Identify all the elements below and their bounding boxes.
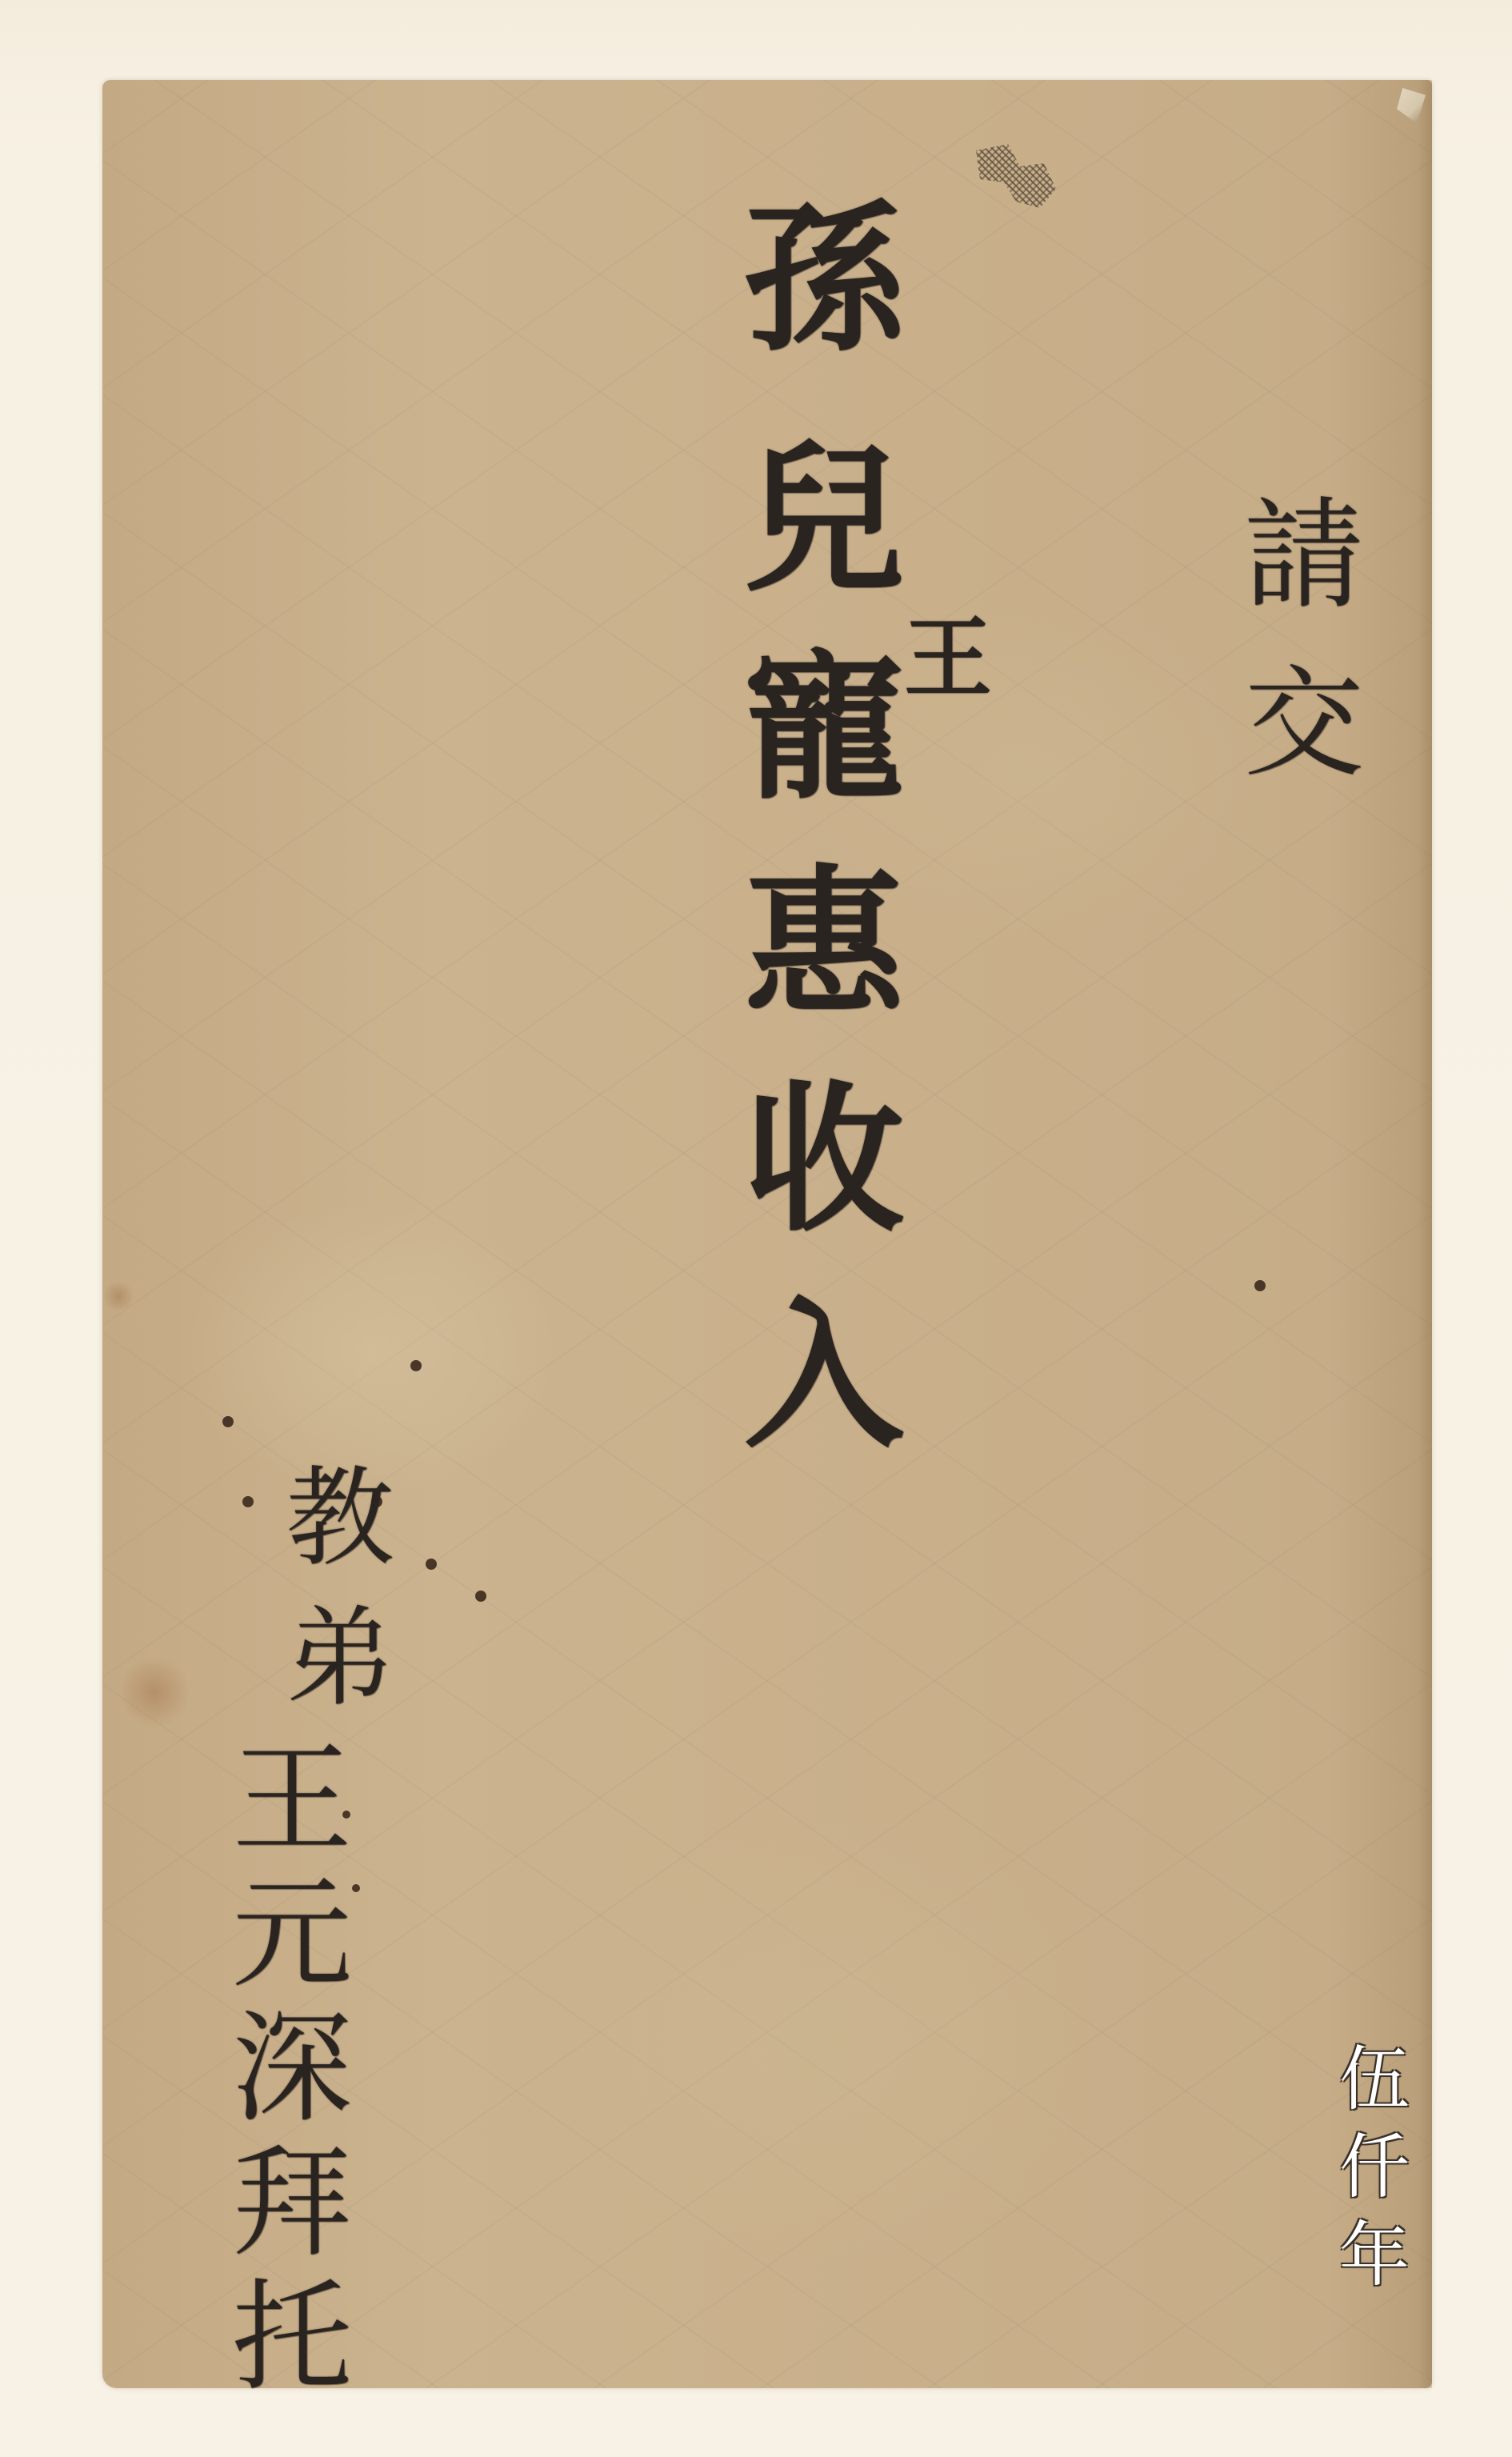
ink-dot xyxy=(242,1496,254,1507)
request-char: 交 xyxy=(1232,664,1376,832)
ink-dot xyxy=(410,1360,422,1371)
sender-title-column: 教 弟 xyxy=(276,1464,404,1744)
sender-name-column: 王 元 深 拜 托 xyxy=(212,1740,372,2412)
watermark-char: 伍 xyxy=(1334,2044,1414,2132)
ink-dot xyxy=(1254,1280,1266,1291)
stain-spot xyxy=(102,1280,134,1312)
watermark: 伍 仟 年 xyxy=(1334,2044,1414,2308)
ink-dot xyxy=(222,1416,234,1427)
recipient-surname-insert: 王 xyxy=(904,588,992,714)
recipient-char: 寵 xyxy=(720,648,928,864)
watermark-char: 仟 xyxy=(1334,2132,1414,2220)
sender-name-char: 托 xyxy=(212,2278,372,2412)
sender-title-char: 教 xyxy=(276,1464,404,1604)
envelope-edge-shadow xyxy=(1418,80,1432,2388)
ink-dot xyxy=(426,1559,437,1570)
request-char: 請 xyxy=(1232,496,1376,664)
request-column: 請 交 xyxy=(1232,496,1376,832)
ink-dot xyxy=(475,1591,486,1602)
recipient-char: 惠 xyxy=(720,864,928,1080)
recipient-char: 孫 xyxy=(720,200,928,440)
recipient-char: 兒 xyxy=(720,440,928,648)
sender-name-char: 拜 xyxy=(212,2143,372,2278)
watermark-char: 年 xyxy=(1334,2220,1414,2308)
sender-title-char: 弟 xyxy=(276,1604,404,1744)
stain-spot xyxy=(118,1656,190,1728)
sender-name-char: 深 xyxy=(212,2009,372,2143)
recipient-column: 孫 兒 寵 惠 收 入 xyxy=(720,200,928,1512)
postmark-fragment xyxy=(976,144,1056,208)
recipient-char: 收 xyxy=(720,1080,928,1296)
sender-name-char: 元 xyxy=(212,1875,372,2009)
sender-name-char: 王 xyxy=(212,1740,372,1875)
recipient-char: 入 xyxy=(720,1296,928,1512)
